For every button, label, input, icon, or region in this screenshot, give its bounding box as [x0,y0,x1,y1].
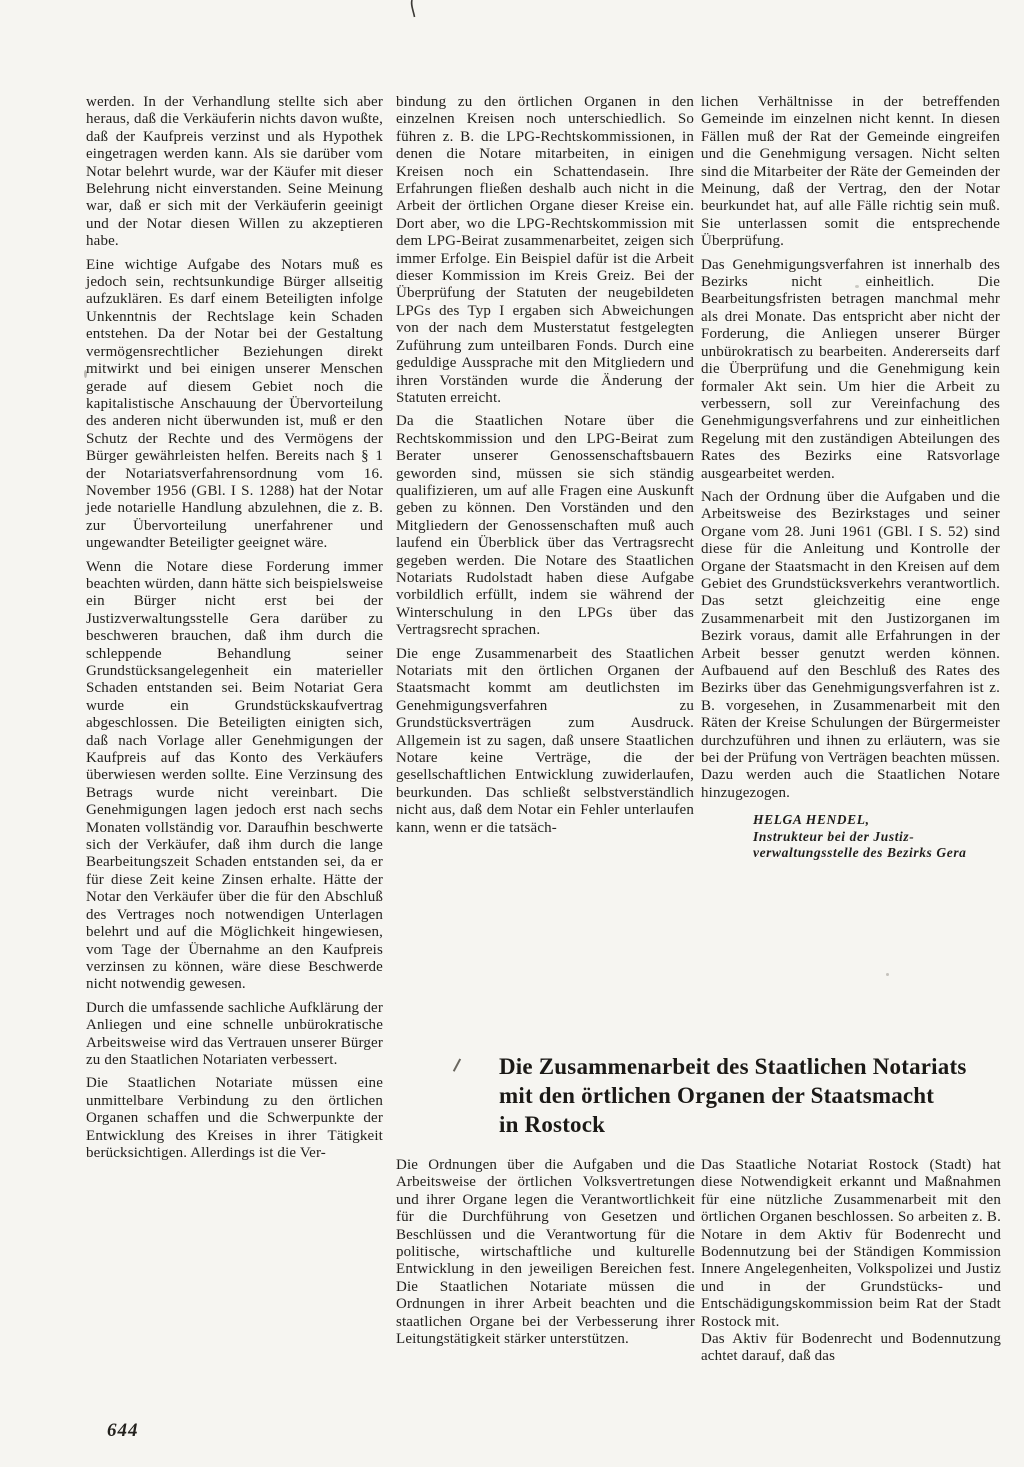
author-role-line: Instrukteur bei der Justiz- [753,829,1000,846]
scan-artifact [886,973,889,976]
article2-title-line: mit den örtlichen Organen der Staatsmach… [499,1081,1004,1110]
paragraph: Durch die umfassende sachliche Aufklärun… [86,1000,383,1070]
author-name: HELGA HENDEL, [753,812,1000,829]
paragraph: Eine wichtige Aufgabe des Notars muß es … [86,257,383,553]
paragraph: Die Staatlichen Notariate müssen eine un… [86,1075,383,1162]
paragraph: bindung zu den örtlichen Organen in den … [396,94,694,407]
page-number: 644 [107,1420,139,1442]
paragraph: lichen Verhältnisse in der betreffenden … [701,94,1000,251]
article2-column-right: Das Staatliche Notariat Rostock (Stadt) … [701,1157,1001,1366]
paragraph: Das Aktiv für Bodenrecht und Bodennutzun… [701,1331,1001,1366]
article1-column-3: lichen Verhältnisse in der betreffenden … [701,94,1000,862]
ink-stroke-artifact [406,0,422,18]
article2-title-line: in Rostock [499,1110,1004,1139]
article2-title: Die Zusammenarbeit des Staatlichen Notar… [499,1052,1004,1139]
author-signature: HELGA HENDEL, Instrukteur bei der Justiz… [753,812,1000,862]
paragraph: Da die Staatlichen Notare über die Recht… [396,413,694,639]
paragraph: Die enge Zusammenarbeit des Staatlichen … [396,646,694,837]
journal-page: werden. In der Verhandlung stellte sich … [0,0,1024,1467]
paragraph: Das Genehmigungsverfahren ist innerhalb … [701,257,1000,483]
paragraph: werden. In der Verhandlung stellte sich … [86,94,383,251]
article1-column-2: bindung zu den örtlichen Organen in den … [396,94,694,837]
paragraph: Das Staatliche Notariat Rostock (Stadt) … [701,1157,1001,1331]
handwritten-slash-artifact [453,1058,461,1071]
paragraph: Wenn die Notare diese Forderung immer be… [86,559,383,994]
author-role-line: verwaltungsstelle des Bezirks Gera [753,845,1000,862]
article1-column-1: werden. In der Verhandlung stellte sich … [86,94,383,1162]
paragraph: Die Ordnungen über die Aufgaben und die … [396,1157,695,1348]
paragraph: Nach der Ordnung über die Aufgaben und d… [701,489,1000,802]
article2-title-line: Die Zusammenarbeit des Staatlichen Notar… [499,1052,1004,1081]
article2-column-left: Die Ordnungen über die Aufgaben und die … [396,1157,695,1348]
